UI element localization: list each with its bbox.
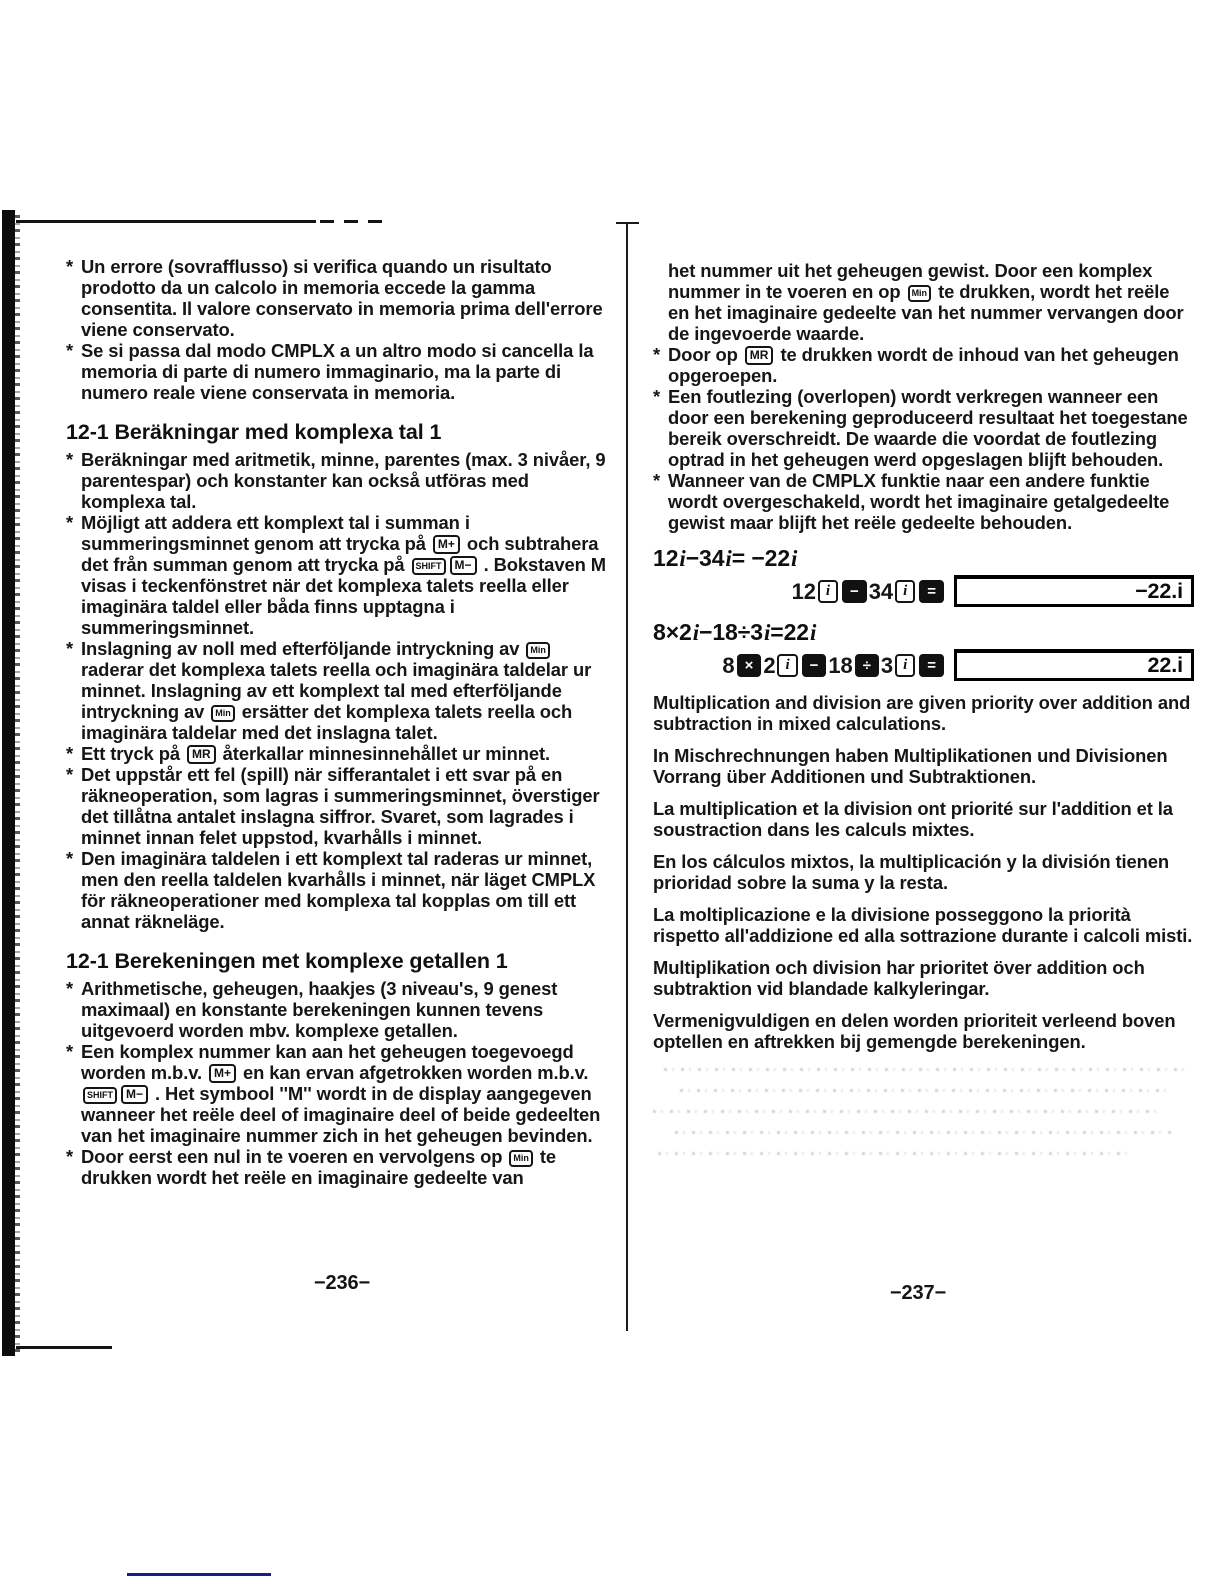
bullet-item: *Wanneer van de CMPLX funktie naar een a…	[653, 470, 1194, 533]
key-sequence-row: 8×2i−18÷3i=22.i	[653, 649, 1194, 681]
paragraph: La moltiplicazione e la divisione posseg…	[653, 904, 1194, 946]
bullet-item: *Een foutlezing (overlopen) wordt verkre…	[653, 386, 1194, 470]
imaginary-unit: i	[763, 620, 770, 645]
bullet-asterisk: *	[653, 470, 668, 491]
ghost-bleedthrough-text	[658, 1147, 1134, 1159]
key-sequence: 8×2i−18÷3i=	[722, 654, 946, 677]
key-i-icon: i	[895, 580, 915, 603]
imaginary-unit: i	[692, 620, 699, 645]
section-heading: 12-1 Beräkningar med komplexa tal 1	[66, 420, 615, 444]
bullet-item: *Den imaginära taldelen i ett komplext t…	[66, 848, 615, 932]
bullet-item: *Door eerst een nul in te voeren en verv…	[66, 1146, 615, 1188]
bullet-asterisk: *	[66, 340, 81, 361]
ghost-bleedthrough-text	[680, 1084, 1167, 1096]
bullet-asterisk: *	[66, 764, 81, 785]
key-equals-icon: =	[919, 654, 944, 677]
imaginary-unit: i	[678, 546, 685, 571]
math-equation: 12i−34i= −22i	[653, 545, 1194, 572]
key-times-icon: ×	[737, 654, 762, 677]
page-number-left: −236−	[314, 1272, 370, 1295]
bullet-item: *Inslagning av noll med efterföljande in…	[66, 638, 615, 743]
page-left-column: *Un errore (sovrafflusso) si verifica qu…	[66, 256, 615, 1188]
paragraph: Multiplication and division are given pr…	[653, 692, 1194, 734]
bullet-item: *Se si passa dal modo CMPLX a un altro m…	[66, 340, 615, 403]
key-m-minus-icon: M−	[450, 556, 477, 575]
bullet-item: *Door op MR te drukken wordt de inhoud v…	[653, 344, 1194, 386]
bullet-asterisk: *	[66, 449, 81, 470]
paragraph: La multiplication et la division ont pri…	[653, 798, 1194, 840]
key-equals-icon: =	[919, 580, 944, 603]
key-shift-icon: SHIFT	[412, 558, 446, 575]
bullet-item: *Möjligt att addera ett komplext tal i s…	[66, 512, 615, 638]
key-min-icon: Min	[908, 285, 932, 302]
page-right-column: het nummer uit het geheugen gewist. Door…	[653, 260, 1194, 1168]
calculator-display: 22.i	[954, 649, 1194, 681]
section-heading: 12-1 Berekeningen met komplexe getallen …	[66, 949, 615, 973]
key-mr-icon: MR	[745, 346, 774, 365]
bullet-item: *Ett tryck på MR återkallar minnesinnehå…	[66, 743, 615, 764]
paragraph: In Mischrechnungen haben Multiplikatione…	[653, 745, 1194, 787]
key-min-icon: Min	[509, 1150, 533, 1167]
key-i-icon: i	[895, 654, 915, 677]
page-divider-cap	[616, 222, 639, 224]
book-binding-edge	[2, 210, 15, 1356]
key-min-icon: Min	[526, 642, 550, 659]
key-m-minus-icon: M−	[121, 1085, 148, 1104]
top-rule-dashes	[320, 220, 382, 223]
key-sequence-row: 12i−34i=−22.i	[653, 575, 1194, 607]
bullet-item: *Un errore (sovrafflusso) si verifica qu…	[66, 256, 615, 340]
key-i-icon: i	[818, 580, 838, 603]
bullet-asterisk: *	[66, 848, 81, 869]
bullet-item: *Arithmetische, geheugen, haakjes (3 niv…	[66, 978, 615, 1041]
bullet-asterisk: *	[66, 256, 81, 277]
key-divide-icon: ÷	[855, 654, 879, 677]
bullet-asterisk: *	[66, 978, 81, 999]
bullet-asterisk: *	[66, 743, 81, 764]
bullet-asterisk: *	[653, 344, 668, 365]
bullet-item: *Een komplex nummer kan aan het geheugen…	[66, 1041, 615, 1146]
ghost-bleedthrough-text	[664, 1063, 1189, 1075]
bullet-item: *Beräkningar med aritmetik, minne, paren…	[66, 449, 615, 512]
scanned-manual-page: *Un errore (sovrafflusso) si verifica qu…	[0, 0, 1224, 1584]
bottom-rule-line	[16, 1346, 112, 1349]
top-rule-line	[16, 220, 316, 223]
math-equation: 8×2i−18÷3i=22i	[653, 619, 1194, 646]
bullet-asterisk: *	[66, 1146, 81, 1167]
continued-paragraph: het nummer uit het geheugen gewist. Door…	[653, 260, 1194, 344]
bullet-asterisk: *	[66, 1041, 81, 1062]
key-mr-icon: MR	[187, 745, 216, 764]
imaginary-unit: i	[724, 546, 731, 571]
bullet-asterisk: *	[66, 512, 81, 533]
page-number-right: −237−	[890, 1282, 946, 1305]
bullet-item: *Det uppstår ett fel (spill) när siffera…	[66, 764, 615, 848]
imaginary-unit: i	[790, 546, 797, 571]
ghost-bleedthrough-text	[653, 1105, 1162, 1117]
paragraph: Multiplikation och division har priorite…	[653, 957, 1194, 999]
key-shift-icon: SHIFT	[83, 1087, 117, 1104]
page-divider-line	[626, 223, 628, 1331]
key-m-plus-icon: M+	[209, 1064, 236, 1083]
binding-speckle	[15, 214, 20, 1352]
key-min-icon: Min	[211, 705, 235, 722]
key-minus-icon: −	[842, 580, 867, 603]
ghost-bleedthrough-text	[675, 1126, 1173, 1138]
bullet-asterisk: *	[653, 386, 668, 407]
paragraph: En los cálculos mixtos, la multiplicació…	[653, 851, 1194, 893]
bottom-blue-line	[127, 1573, 271, 1576]
paragraph: Vermenigvuldigen en delen worden priorit…	[653, 1010, 1194, 1052]
imaginary-unit: i	[809, 620, 816, 645]
key-sequence: 12i−34i=	[792, 580, 946, 603]
key-minus-icon: −	[802, 654, 827, 677]
key-m-plus-icon: M+	[433, 535, 460, 554]
key-i-icon: i	[777, 654, 797, 677]
bullet-asterisk: *	[66, 638, 81, 659]
calculator-display: −22.i	[954, 575, 1194, 607]
